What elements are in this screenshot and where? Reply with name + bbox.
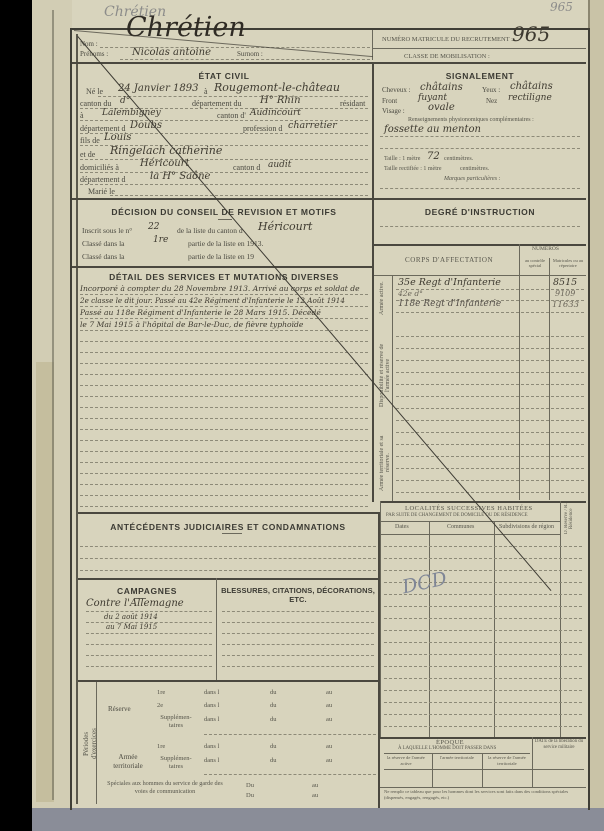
domicilies-label: domiciliés à bbox=[80, 163, 119, 172]
dans-label: dans l bbox=[204, 716, 219, 723]
services-line bbox=[80, 294, 368, 295]
ne-le-value: 24 Janvier 1893 bbox=[118, 83, 199, 94]
scan-background bbox=[32, 808, 604, 831]
blessures-line bbox=[222, 666, 374, 667]
campagnes-line bbox=[86, 655, 212, 656]
antecedents-line bbox=[80, 570, 376, 571]
section-rule bbox=[72, 198, 586, 200]
epoque-col-reserve-terr: la réserve de l'armée territoriale bbox=[484, 755, 530, 766]
dates-column-header: Dates bbox=[395, 524, 409, 530]
corps-row-line bbox=[396, 396, 584, 397]
frame-inner-border bbox=[76, 34, 78, 804]
classe1-label: Classé dans la bbox=[82, 239, 125, 248]
side-label-divider bbox=[392, 276, 393, 501]
localites-subtitle: PAR SUITE DE CHANGEMENT DE DOMICILE OU D… bbox=[386, 513, 528, 518]
blessures-line bbox=[222, 633, 374, 634]
corps-row-line bbox=[396, 372, 584, 373]
services-line bbox=[80, 330, 368, 331]
periode-row-label: 1re bbox=[157, 743, 165, 750]
ne-le-label: Né le bbox=[86, 87, 103, 96]
corps-affectation-header: CORPS D'AFFECTATION bbox=[405, 256, 493, 264]
services-line bbox=[80, 495, 368, 496]
prenoms-value: Nicolas antoine bbox=[132, 47, 211, 58]
campagnes-line bbox=[86, 633, 212, 634]
classe-label: CLASSE DE MOBILISATION : bbox=[404, 53, 490, 60]
dans-label: dans l bbox=[204, 743, 219, 750]
inscrit-value: 22 bbox=[148, 222, 159, 232]
etat-civil-line bbox=[98, 96, 368, 97]
campagne-line: du 2 août 1914 bbox=[104, 613, 158, 621]
au-label: au bbox=[326, 743, 332, 750]
blessures-line bbox=[222, 622, 374, 623]
matricule-label: NUMÉRO MATRICULE DU RECRUTEMENT : bbox=[382, 36, 513, 43]
localites-line bbox=[384, 714, 582, 715]
corps-row-line bbox=[396, 468, 584, 469]
taille-rectifiee-unit: centimètres. bbox=[460, 166, 489, 172]
matricule-value: 9109 bbox=[555, 289, 575, 298]
matricule-value: 965 bbox=[512, 22, 550, 46]
localites-title: LOCALITÉS SUCCESSIVES HABITÉES bbox=[405, 505, 533, 512]
services-line bbox=[80, 352, 368, 353]
au-label: au bbox=[326, 689, 332, 696]
prenoms-line bbox=[120, 59, 370, 60]
au-label: au bbox=[326, 757, 332, 764]
services-line bbox=[80, 451, 368, 452]
corps-value: 42e d° bbox=[398, 289, 423, 298]
detail-services-line: Incorporé à compter du 28 Novembre 1913.… bbox=[80, 284, 360, 293]
dans-label: dans l bbox=[204, 757, 219, 764]
epoque-col-territoriale: l'armée territoriale bbox=[434, 755, 480, 761]
controle-column-header: au contrôle spécial bbox=[521, 258, 549, 268]
localites-header-rule bbox=[380, 521, 560, 522]
campagne-line: au 7 Mai 1915 bbox=[106, 623, 157, 631]
section-rule bbox=[380, 501, 586, 503]
campagnes-line bbox=[86, 611, 212, 612]
header-rule bbox=[372, 48, 586, 49]
classe2-suffix: partie de la liste en 19 bbox=[188, 252, 254, 261]
epoque-title: ÉPOQUE bbox=[436, 739, 464, 746]
degre-instruction-title: DEGRÉ D'INSTRUCTION bbox=[374, 207, 586, 217]
section-rule bbox=[78, 578, 378, 580]
blessures-line bbox=[222, 655, 374, 656]
antecedents-title: ANTÉCÉDENTS JUDICIAIRES ET CONDAMNATIONS bbox=[78, 522, 378, 532]
campagnes-line bbox=[86, 666, 212, 667]
detail-services-title: DÉTAIL DES SERVICES ET MUTATIONS DIVERSE… bbox=[78, 272, 370, 282]
localites-line bbox=[384, 570, 582, 571]
classe2-label: Classé dans la bbox=[82, 252, 125, 261]
corps-row-line bbox=[396, 420, 584, 421]
corps-row-line bbox=[396, 444, 584, 445]
services-line bbox=[80, 440, 368, 441]
epoque-subtitle: À LAQUELLE L'HOMME DOIT PASSER DANS bbox=[398, 746, 496, 751]
canton2-value: Audincourt bbox=[250, 108, 301, 118]
detail-services-line: le 7 Mai 1915 à l'hôpital de Bar-le-Duc,… bbox=[80, 320, 303, 329]
classe1-value: 1re bbox=[153, 235, 168, 245]
front-label: Front bbox=[382, 97, 397, 105]
campagnes-title: CAMPAGNES bbox=[80, 586, 214, 596]
services-line bbox=[80, 396, 368, 397]
taille-rectifiee-label: Taille rectifiée : 1 mètre bbox=[384, 166, 442, 172]
services-line bbox=[80, 407, 368, 408]
localites-line bbox=[384, 546, 582, 547]
canton3-value: audit bbox=[268, 160, 291, 170]
et-de-label: et de bbox=[80, 150, 95, 159]
localites-line bbox=[384, 702, 582, 703]
epoque-footnote: Ne remplir ce tableau que pour les homme… bbox=[384, 789, 584, 800]
etat-civil-line bbox=[80, 184, 368, 185]
localites-line bbox=[384, 666, 582, 667]
taille-unit: centimètres. bbox=[444, 156, 473, 162]
residence-value: Lalembigney bbox=[102, 108, 161, 118]
speciales-label: Spéciales aux hommes du service de garde… bbox=[104, 780, 226, 796]
liste-label: de la liste du canton d bbox=[177, 226, 243, 235]
localites-left-border bbox=[380, 501, 381, 737]
canton2-label: canton d' bbox=[217, 111, 246, 120]
page-edge bbox=[588, 0, 604, 808]
fils-label: fils de bbox=[80, 136, 100, 145]
services-line bbox=[80, 473, 368, 474]
corps-row-line bbox=[396, 384, 584, 385]
residence-a-label: à bbox=[80, 111, 84, 120]
corps-row-line bbox=[396, 360, 584, 361]
epoque-header-rule bbox=[384, 769, 584, 770]
localites-line bbox=[384, 654, 582, 655]
services-line bbox=[80, 429, 368, 430]
numeros-header: NUMÉROS bbox=[532, 246, 559, 252]
services-line bbox=[80, 385, 368, 386]
matricule-column-header: Matricules ou au répertoire bbox=[551, 258, 585, 268]
epoque-header-rule bbox=[384, 753, 530, 754]
etat-civil-line bbox=[80, 172, 368, 173]
section-rule bbox=[78, 680, 378, 682]
pencil-number-annotation: 965 bbox=[550, 0, 573, 14]
campagne-line: Contre l'Allemagne bbox=[86, 598, 184, 609]
corps-row-line bbox=[396, 480, 584, 481]
nez-value: rectiligne bbox=[508, 93, 552, 103]
etat-civil-line bbox=[80, 159, 368, 160]
subdivisions-column-header: Subdivisions de région bbox=[499, 524, 554, 530]
etat-civil-line bbox=[110, 195, 368, 196]
periode-row-label: Supplémen-taires bbox=[156, 714, 196, 730]
inscrit-label: Inscrit sous le n° bbox=[82, 226, 132, 235]
localites-line bbox=[384, 606, 582, 607]
localites-line bbox=[384, 642, 582, 643]
localites-line bbox=[384, 618, 582, 619]
du-label: du bbox=[270, 716, 277, 723]
title-underline bbox=[222, 533, 242, 534]
corps-row-line bbox=[396, 312, 584, 313]
localites-line bbox=[384, 678, 582, 679]
localites-col-divider bbox=[429, 521, 430, 737]
territoriale-label: Armée territoriale et sa réserve. bbox=[379, 430, 391, 496]
canton3-label: canton d bbox=[233, 163, 260, 172]
periodes-side-label: Périodes d'exercices bbox=[82, 720, 98, 768]
signalement-title: SIGNALEMENT bbox=[374, 71, 586, 81]
services-line bbox=[80, 506, 368, 507]
et-de-value: Ringelach catherine bbox=[110, 144, 222, 157]
header-bottom-rule bbox=[72, 62, 586, 64]
services-line bbox=[80, 484, 368, 485]
epoque-date-divider bbox=[532, 737, 533, 787]
main-column-divider bbox=[372, 62, 374, 502]
renseignements-label: Renseignements physionomiques complément… bbox=[408, 117, 534, 123]
localites-line bbox=[384, 690, 582, 691]
services-line bbox=[80, 318, 368, 319]
dans-label: dans l bbox=[204, 689, 219, 696]
a-label: à bbox=[204, 87, 208, 96]
au2-label: au bbox=[312, 792, 318, 799]
surnom-label: Surnom : bbox=[237, 50, 263, 58]
cheveux-value: châtains bbox=[420, 82, 463, 93]
fils-value: Louis bbox=[104, 132, 131, 143]
du-label: du bbox=[270, 757, 277, 764]
yeux-value: châtains bbox=[510, 81, 553, 92]
campagnes-divider bbox=[216, 578, 217, 680]
section-rule bbox=[78, 512, 378, 514]
antecedents-line bbox=[80, 558, 376, 559]
epoque-col-divider bbox=[482, 753, 483, 787]
du-label: du bbox=[270, 743, 277, 750]
taille-value: 72 bbox=[427, 151, 440, 162]
territoriale-label: Armée territoriale bbox=[108, 753, 148, 771]
date-liberation-header: DATE de la libération du service militai… bbox=[534, 739, 584, 751]
numeros-column-divider bbox=[549, 258, 550, 500]
corps-row-line bbox=[396, 408, 584, 409]
renseignements-value: fossette au menton bbox=[384, 124, 481, 135]
services-line bbox=[80, 363, 368, 364]
du2-label: Du bbox=[246, 792, 254, 799]
profession-label: profession d bbox=[243, 124, 282, 133]
reserve-label: Réserve bbox=[108, 705, 131, 713]
corps-value: 35e Regt d'Infanterie bbox=[398, 277, 501, 288]
du-label: du bbox=[270, 702, 277, 709]
au-label: au bbox=[326, 716, 332, 723]
table-header-rule bbox=[374, 275, 586, 276]
epoque-col-reserve: la réserve de l'armée active bbox=[384, 755, 428, 766]
services-line bbox=[80, 462, 368, 463]
signalement-line bbox=[380, 188, 580, 189]
localites-side-label: D. Réserve / R. Résidence bbox=[564, 503, 574, 535]
etat-civil-title: ÉTAT CIVIL bbox=[78, 71, 370, 81]
armee-active-label: Armée active. bbox=[379, 280, 385, 316]
liste-value: Héricourt bbox=[258, 220, 312, 233]
services-line bbox=[80, 341, 368, 342]
localites-col-divider bbox=[494, 521, 495, 737]
services-line bbox=[80, 418, 368, 419]
detail-services-line: Passé au 118e Régiment d'Infanterie le 2… bbox=[80, 308, 321, 317]
departement-value: H° Rhin bbox=[260, 95, 301, 106]
matricule-value: 8515 bbox=[553, 277, 577, 288]
au2-label: au bbox=[312, 782, 318, 789]
antecedents-line bbox=[80, 546, 376, 547]
profession-value: charretier bbox=[288, 120, 337, 131]
blessures-line bbox=[222, 644, 374, 645]
communes-column-header: Communes bbox=[447, 524, 474, 530]
canton-label: canton du bbox=[80, 99, 111, 108]
epoque-bottom-rule bbox=[380, 787, 586, 788]
signalement-line bbox=[380, 136, 580, 137]
campagnes-line bbox=[86, 622, 212, 623]
du2-label: Du bbox=[246, 782, 254, 789]
marques-label: Marques particulières : bbox=[444, 176, 501, 182]
services-line bbox=[80, 374, 368, 375]
localites-line bbox=[384, 630, 582, 631]
corps-row-line bbox=[396, 336, 584, 337]
blessures-title: BLESSURES, CITATIONS, DÉCORATIONS, ETC. bbox=[218, 586, 378, 604]
visage-label: Visage : bbox=[382, 107, 405, 115]
departement-label: département du bbox=[192, 99, 242, 108]
cheveux-label: Cheveux : bbox=[382, 86, 411, 94]
periode-row-label: 2e bbox=[157, 702, 163, 709]
campagnes-line bbox=[86, 644, 212, 645]
signalement-line bbox=[380, 148, 580, 149]
localites-line bbox=[384, 558, 582, 559]
periodes-line bbox=[204, 734, 376, 735]
yeux-label: Yeux : bbox=[482, 86, 500, 94]
au-label: au bbox=[326, 702, 332, 709]
epoque-col-divider bbox=[432, 753, 433, 787]
taille-label: Taille : 1 mètre bbox=[384, 156, 420, 162]
nom-value: Chrétien bbox=[126, 12, 246, 43]
periodes-line bbox=[204, 774, 376, 775]
corps-row-line bbox=[396, 492, 584, 493]
lieu-naissance-value: Rougemont-le-château bbox=[214, 81, 340, 94]
section-rule bbox=[72, 266, 372, 268]
services-line bbox=[80, 306, 368, 307]
localites-line bbox=[384, 726, 582, 727]
instruction-line bbox=[380, 226, 580, 227]
corps-row-line bbox=[396, 432, 584, 433]
title-underline bbox=[218, 219, 232, 220]
departement3-label: département d bbox=[80, 175, 126, 184]
corps-row-line bbox=[396, 456, 584, 457]
visage-value: ovale bbox=[428, 102, 455, 113]
binding-crease bbox=[52, 10, 54, 800]
blessures-line bbox=[222, 611, 374, 612]
corps-value: 118e Regt d'Infanterie bbox=[398, 299, 501, 309]
matricule-value: 11633 bbox=[552, 300, 579, 310]
periode-row-label: 1re bbox=[157, 689, 165, 696]
nez-label: Nez bbox=[486, 97, 497, 105]
dans-label: dans l bbox=[204, 702, 219, 709]
residant-label: résidant bbox=[340, 99, 365, 108]
localites-header-rule bbox=[380, 534, 560, 535]
du-label: du bbox=[270, 689, 277, 696]
lower-column-divider bbox=[378, 512, 380, 808]
periode-row-label: Supplémen-taires bbox=[156, 755, 196, 771]
corps-row-line bbox=[396, 348, 584, 349]
